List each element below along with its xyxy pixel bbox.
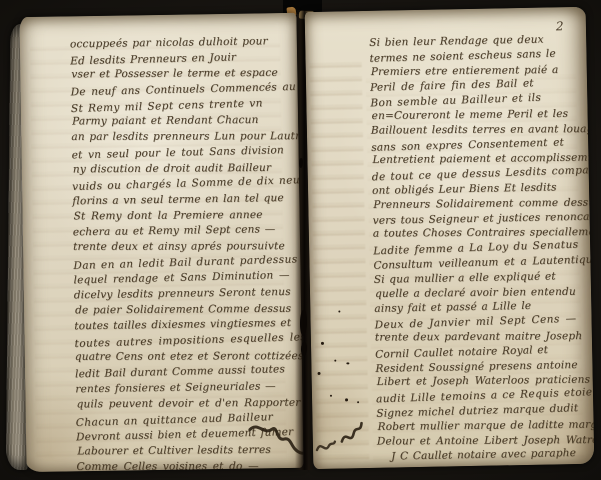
ink-speck [345, 398, 348, 401]
ink-speck [357, 401, 359, 403]
ink-speck [334, 360, 336, 362]
manuscript-line: Delour et Antoine Libert Joseph Watrelos [377, 433, 591, 449]
ink-speck [321, 342, 324, 345]
ink-speck [318, 372, 321, 375]
manuscript-scan: occuppeés par nicolas dulhoit pour Ed le… [0, 0, 601, 480]
ink-bleedthrough [309, 57, 369, 460]
ink-speck [346, 362, 349, 364]
ink-speck [338, 311, 340, 313]
ink-flourish-icon [338, 419, 365, 447]
right-page-text: Si bien leur Rendage que deux termes ne … [369, 32, 591, 465]
gutter-shadow-blob [301, 342, 307, 356]
manuscript-line: en=Coureront le meme Peril et les [372, 107, 586, 124]
manuscript-line: Robert mullier marque de laditte margtte [378, 417, 592, 434]
manuscript-line: Comme Celles voisines et do — [77, 459, 304, 472]
left-page-text: occuppeés par nicolas dulhoit pour Ed le… [70, 34, 304, 472]
left-page: occuppeés par nicolas dulhoit pour Ed le… [19, 13, 303, 472]
manuscript-line: St Remy dont la Premiere annee [74, 207, 304, 225]
manuscript-line: Prenneurs Solidairement comme dessus [373, 195, 587, 212]
manuscript-line: de paier Solidairement Comme dessus [75, 301, 304, 319]
manuscript-line: quelle a declaré avoir bien entendu [375, 284, 589, 301]
ink-flourish-icon [315, 436, 337, 456]
gutter-shadow-blob [299, 158, 303, 168]
ink-speck [330, 395, 332, 397]
right-page: 2 Si bien leur Rendage que deux termes n… [305, 7, 595, 469]
gutter-shadow-blob [300, 310, 307, 336]
manuscript-line: Parmy paiant et Rendant Chacun [72, 113, 304, 131]
